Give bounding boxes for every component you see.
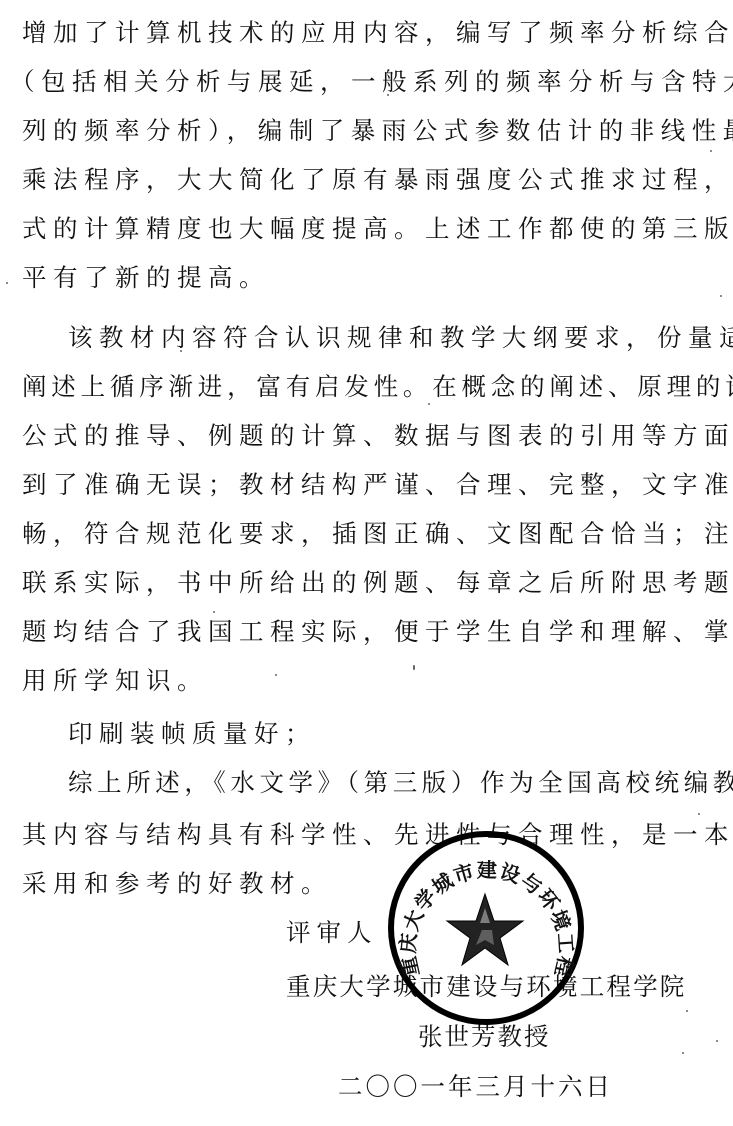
- text-line: 该教材内容符合认识规律和教学大纲要求，份量适当。: [68, 323, 733, 353]
- reviewer-label: 评审人: [286, 918, 378, 948]
- text-line: 乘法程序，大大简化了原有暴雨强度公式推求过程，推求公: [22, 165, 733, 195]
- text-line: 用所学知识。: [22, 666, 208, 696]
- text-line: 阐述上循序渐进，富有启发性。在概念的阐述、原理的论证、: [22, 372, 733, 402]
- text-line: （包括相关分析与展延，一般系列的频率分析与含特大值系: [10, 67, 733, 97]
- scan-speck: [710, 150, 712, 152]
- seal-text: 重庆大学城市建设与环境工程学院: [386, 830, 579, 980]
- scan-speck: [720, 295, 722, 297]
- scan-speck: [6, 282, 8, 284]
- scan-speck: [213, 611, 215, 613]
- text-line: 平有了新的提高。: [22, 263, 270, 293]
- scan-speck: [716, 1040, 718, 1042]
- review-date: 二〇〇一年三月十六日: [338, 1072, 613, 1102]
- scan-speck: [686, 1010, 688, 1012]
- text-line: 联系实际，书中所给出的例题、每章之后所附思考题与计算: [22, 568, 733, 598]
- text-line: 综上所述，《水文学》（第三版）作为全国高校统编教材，: [68, 768, 733, 798]
- text-line: 畅，符合规范化要求，插图正确、文图配合恰当；注重理论: [22, 519, 733, 549]
- text-line: 其内容与结构具有科学性、先进性与合理性，是一本被广泛: [22, 820, 733, 850]
- text-line: 增加了计算机技术的应用内容，编写了频率分析综合程序: [22, 18, 733, 48]
- scan-speck: [387, 94, 389, 96]
- text-line: 印刷装帧质量好；: [68, 719, 316, 749]
- scan-speck: [180, 350, 182, 352]
- scan-speck: [275, 674, 277, 676]
- scan-speck: [413, 665, 415, 670]
- scan-speck: [682, 1052, 684, 1054]
- scan-speck: [698, 813, 700, 815]
- reviewer-institution: 重庆大学城市建设与环境工程学院: [286, 972, 687, 1002]
- text-line: 题均结合了我国工程实际，便于学生自学和理解、掌握与应: [22, 617, 733, 647]
- reviewer-name: 张世芳教授: [418, 1022, 551, 1052]
- scan-speck: [428, 403, 430, 405]
- text-line: 公式的推导、例题的计算、数据与图表的引用等方面基本做: [22, 421, 733, 451]
- text-line: 采用和参考的好教材。: [22, 869, 332, 899]
- text-line: 到了准确无误；教材结构严谨、合理、完整，文字准确、流: [22, 470, 733, 500]
- document-page: 增加了计算机技术的应用内容，编写了频率分析综合程序 （包括相关分析与展延，一般系…: [0, 0, 733, 1126]
- star-icon: [447, 894, 523, 965]
- text-line: 式的计算精度也大幅度提高。上述工作都使的第三版教材水: [22, 214, 733, 244]
- text-line: 列的频率分析），编制了暴雨公式参数估计的非线性最小二: [22, 116, 733, 146]
